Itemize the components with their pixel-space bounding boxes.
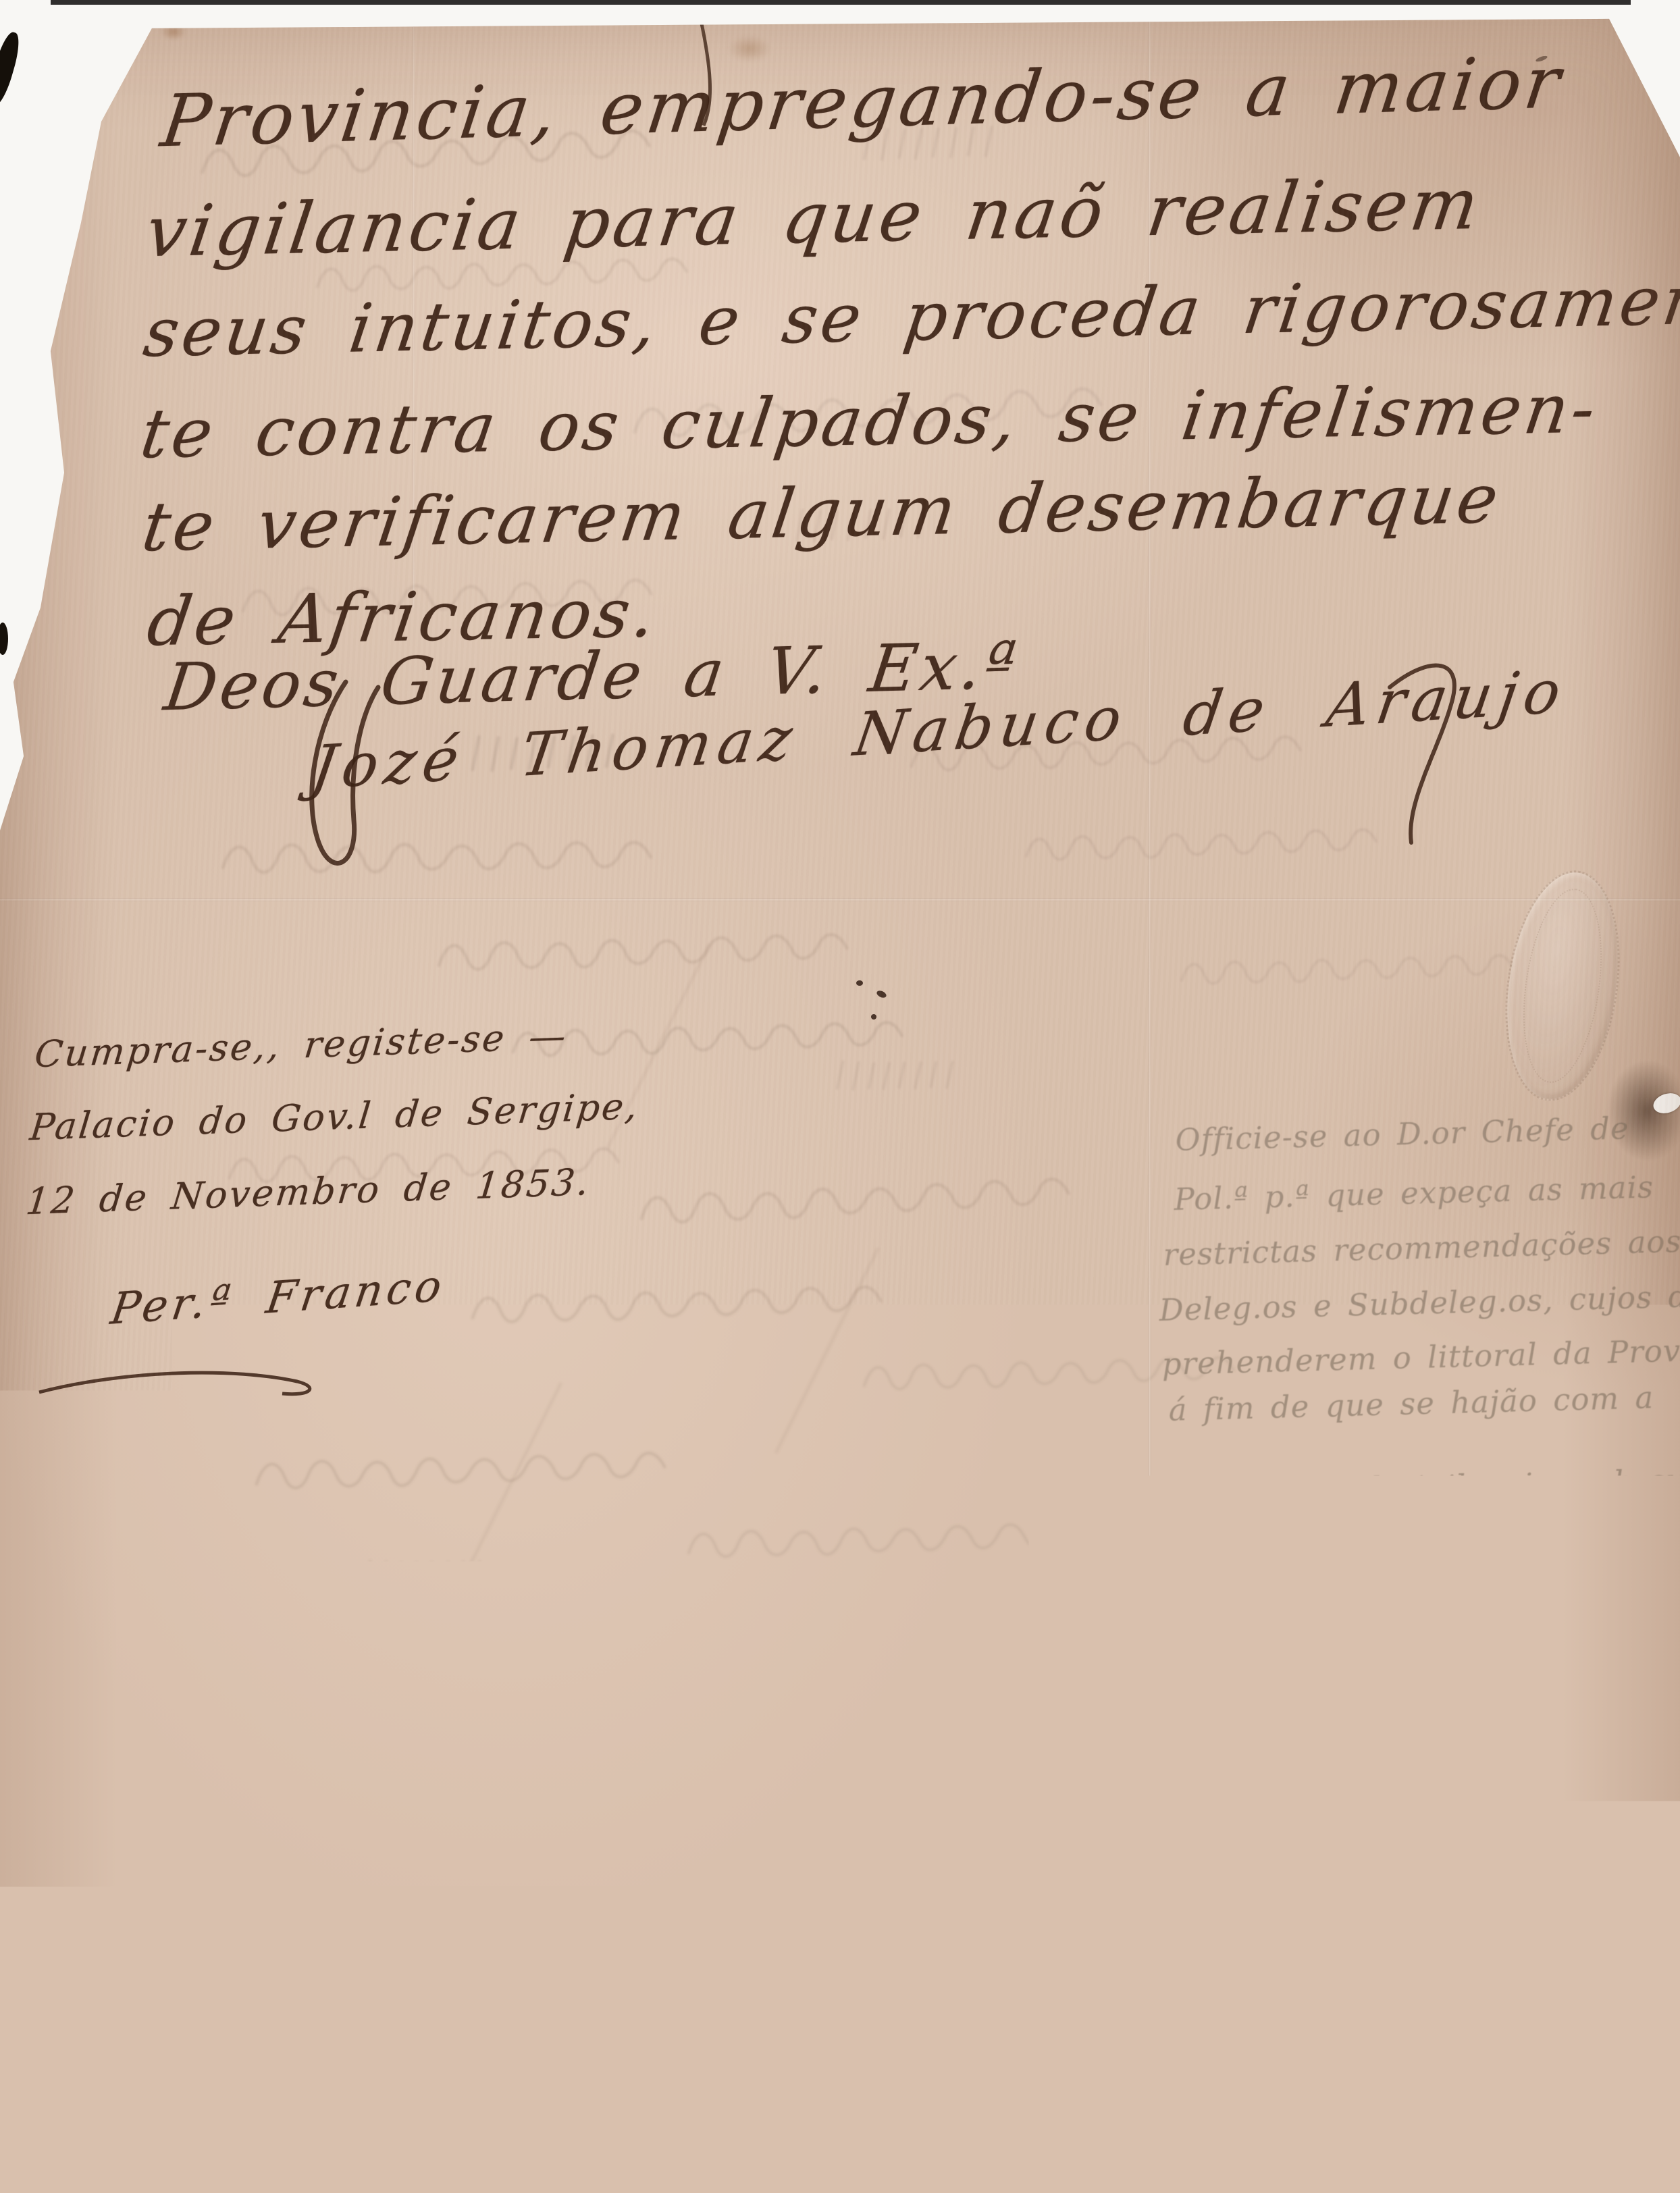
letter-valediction: Deos Guarde a V. Ex.ª [160, 627, 1024, 726]
ink-speck [876, 989, 887, 999]
ink-speck [871, 1014, 876, 1020]
pencil-line: o recommendem nos mesmos ter- [1152, 1607, 1680, 1658]
pencil-line: Pol.ª p.ª que expeça as mais [1174, 1169, 1654, 1217]
letter-body-line: Provincia, empregando-se a maior [157, 41, 1568, 163]
pencil-line: prehenderem o littoral da Prov.ª [1161, 1332, 1680, 1382]
pencil-line: sentido aos Juizes de D.to, p.ª que [1161, 1558, 1680, 1609]
pencil-line: á fim de que se hajão com a [1168, 1379, 1654, 1428]
ink-speck [1535, 55, 1548, 63]
pencil-line: indispensavel vigilancia, sob sua [1163, 1462, 1680, 1512]
scan-edge-artifact [0, 30, 24, 107]
fold-line-vertical [412, 27, 415, 608]
ink-speck [856, 980, 863, 986]
letter-body-line: seus intuitos, e se proceda rigorosamen [139, 261, 1680, 372]
fold-line-horizontal [0, 1769, 1148, 1772]
letter-body-line: te verificarem algum desembarque [138, 459, 1506, 566]
address-line: Snr Prezidente da Provincia de Sergipe. [51, 1924, 1680, 2055]
letter-page: Provincia, empregando-se a maior vigilan… [0, 0, 1680, 2193]
despatch-signature: Per.ª Franco [107, 1261, 448, 1334]
letter-body-line: de Africanos. [143, 573, 664, 661]
stain-spot [161, 23, 186, 41]
letter-body-line: vigilancia para que naõ realisem [141, 163, 1487, 273]
pencil-line: responsabilidade. — E no mesmo [1164, 1510, 1680, 1560]
despatch-line: Cumpra-se,, registe-se — [32, 1014, 570, 1076]
rubric-flourish [0, 0, 1680, 2193]
letter-body-line: te contra os culpados, se infelismen- [136, 369, 1604, 473]
paper-hole [1651, 1090, 1680, 1117]
letter-signature: Jozé Thomaz Nabuco de Araujo [307, 656, 1571, 803]
scanned-document: Provincia, empregando-se a maior vigilan… [0, 0, 1680, 2193]
scan-edge-artifact [51, 0, 1631, 5]
signature-flourish [0, 0, 1680, 945]
pencil-line: Officie-se ao D.or Chefe de [1175, 1110, 1629, 1158]
despatch-line: Palacio do Gov.l de Sergipe, [28, 1085, 641, 1149]
despatch-line: 12 de Novembro de 1853. [24, 1161, 592, 1223]
pencil-line: Deleg.os e Subdeleg.os, cujos dist.os co… [1159, 1274, 1680, 1328]
fold-line-vertical [1148, 20, 1151, 2193]
scan-edge-artifact [0, 623, 8, 655]
fold-line-horizontal [0, 898, 1680, 901]
despatch-signature-flourish [0, 0, 473, 1485]
pencil-line: mos; devião abafar estes, que ulti- [1159, 1656, 1680, 1706]
ink-smudge [1573, 1896, 1680, 1960]
stain-spot [728, 35, 771, 62]
registration-line: -a fl. 170 v.º do L.º competente [232, 2043, 1224, 2147]
cut-off-pen-stroke [0, 0, 1680, 176]
pencil-line: cias. — [1172, 1790, 1293, 1829]
pencil-line: restrictas recommendações aos [1163, 1223, 1680, 1273]
pencil-line: verem nas mais circumstan- [1160, 1708, 1628, 1756]
ink-stain [1607, 1060, 1680, 1161]
embossed-seal [1492, 863, 1633, 1108]
bleedthrough-ghost-writing [0, 0, 1680, 2193]
